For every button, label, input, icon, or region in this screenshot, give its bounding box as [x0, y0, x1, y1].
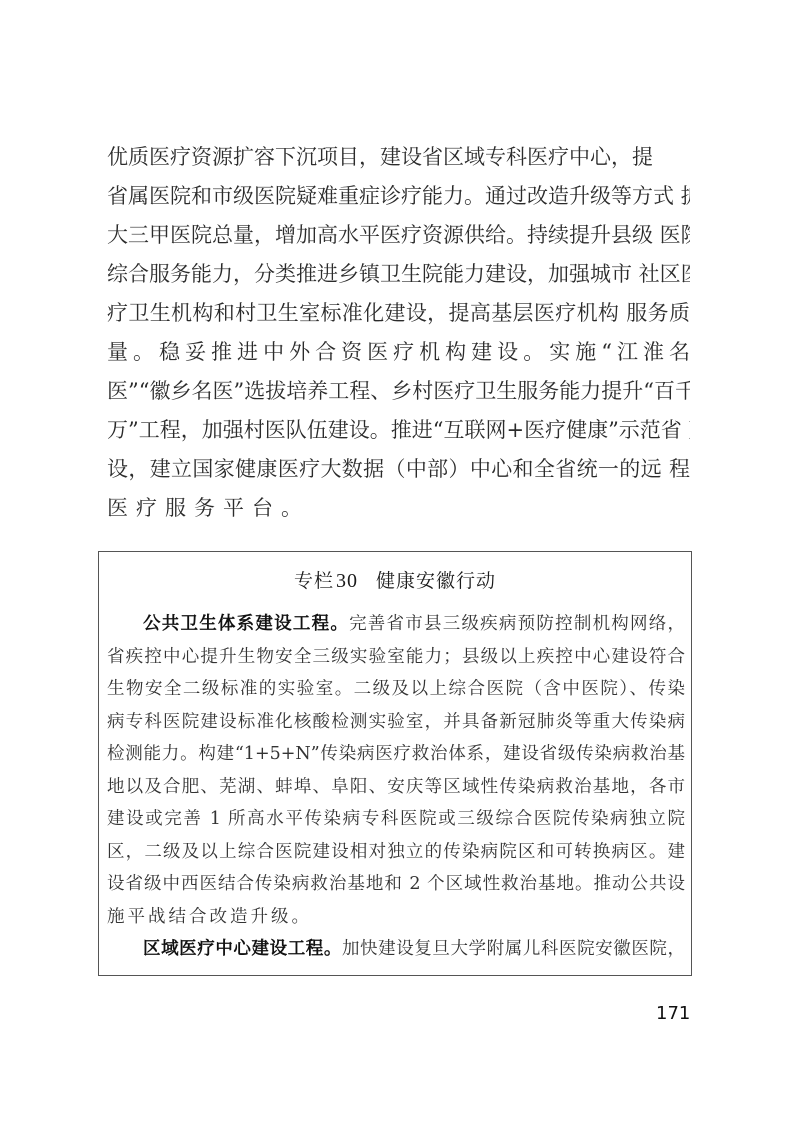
body-line: 疗卫生机构和村卫生室标准化建设，提高基层医疗机构 服务质: [107, 298, 690, 337]
section-line: 施平战结合改造升级。: [107, 902, 685, 935]
feature-column-box: 专栏30健康安徽行动 公共卫生体系建设工程。完善省市县三级疾病预防控制机构网络，…: [98, 551, 692, 976]
section-line: 生物安全二级标准的实验室。二级及以上综合医院（含中医院）、传染: [107, 674, 685, 707]
section-line: 建设或完善 1 所高水平传染病专科医院或三级综合医院传染病独立院: [107, 804, 685, 837]
body-line: 省属医院和市级医院疑难重症诊疗能力。通过改造升级等方式 扩: [107, 181, 690, 220]
body-line: 大三甲医院总量，增加高水平医疗资源供给。持续提升县级 医院: [107, 220, 690, 259]
body-line: 万”工程，加强村医队伍建设。推进“互联网+医疗健康”示范省 建: [107, 415, 690, 454]
section-line: 区，二级及以上综合医院建设相对独立的传染病院区和可转换病区。建: [107, 837, 685, 870]
body-line: 优质医疗资源扩容下沉项目，建设省区域专科医疗中心，提升: [107, 142, 652, 181]
section-line: 地以及合肥、芜湖、蚌埠、阜阳、安庆等区域性传染病救治基地，各市: [107, 772, 685, 805]
section-first-line: 区域医疗中心建设工程。加快建设复旦大学附属儿科医院安徽医院，: [107, 934, 685, 967]
body-line: 设，建立国家健康医疗大数据（中部）中心和全省统一的远 程: [107, 454, 690, 493]
box-title-text: 健康安徽行动: [376, 570, 496, 592]
body-line: 量。稳妥推进中外合资医疗机构建设。实施“江淮名: [107, 337, 690, 376]
body-line: 医疗服务平台。: [107, 493, 690, 532]
section-line: 检测能力。构建“1+5+N”传染病医疗救治体系，建设省级传染病救治基: [107, 739, 685, 772]
body-paragraph: 优质医疗资源扩容下沉项目，建设省区域专科医疗中心，提升 省属医院和市级医院疑难重…: [107, 142, 690, 532]
box-title-prefix: 专栏: [294, 570, 334, 592]
document-page: 优质医疗资源扩容下沉项目，建设省区域专科医疗中心，提升 省属医院和市级医院疑难重…: [0, 0, 793, 1122]
section-text: 完善省市县三级疾病预防控制机构网络，: [349, 614, 685, 634]
body-line: 综合服务能力，分类推进乡镇卫生院能力建设，加强城市 社区医: [107, 259, 690, 298]
section-first-line: 公共卫生体系建设工程。完善省市县三级疾病预防控制机构网络，: [107, 609, 685, 642]
box-body: 公共卫生体系建设工程。完善省市县三级疾病预防控制机构网络， 省疾控中心提升生物安…: [107, 609, 685, 967]
page-number: 171: [656, 1003, 690, 1024]
body-line: 医”“徽乡名医”选拔培养工程、乡村医疗卫生服务能力提升“百千: [107, 376, 690, 415]
section-text: 加快建设复旦大学附属儿科医院安徽医院，: [342, 939, 685, 959]
section-heading: 区域医疗中心建设工程。: [143, 939, 342, 959]
section-line: 病专科医院建设标准化核酸检测实验室，并具备新冠肺炎等重大传染病: [107, 707, 685, 740]
section-line: 设省级中西医结合传染病救治基地和 2 个区域性救治基地。推动公共设: [107, 869, 685, 902]
box-title: 专栏30健康安徽行动: [99, 566, 691, 593]
box-title-number: 30: [336, 570, 358, 592]
section-line: 省疾控中心提升生物安全三级实验室能力；县级以上疾控中心建设符合: [107, 642, 685, 675]
section-heading: 公共卫生体系建设工程。: [143, 614, 349, 634]
